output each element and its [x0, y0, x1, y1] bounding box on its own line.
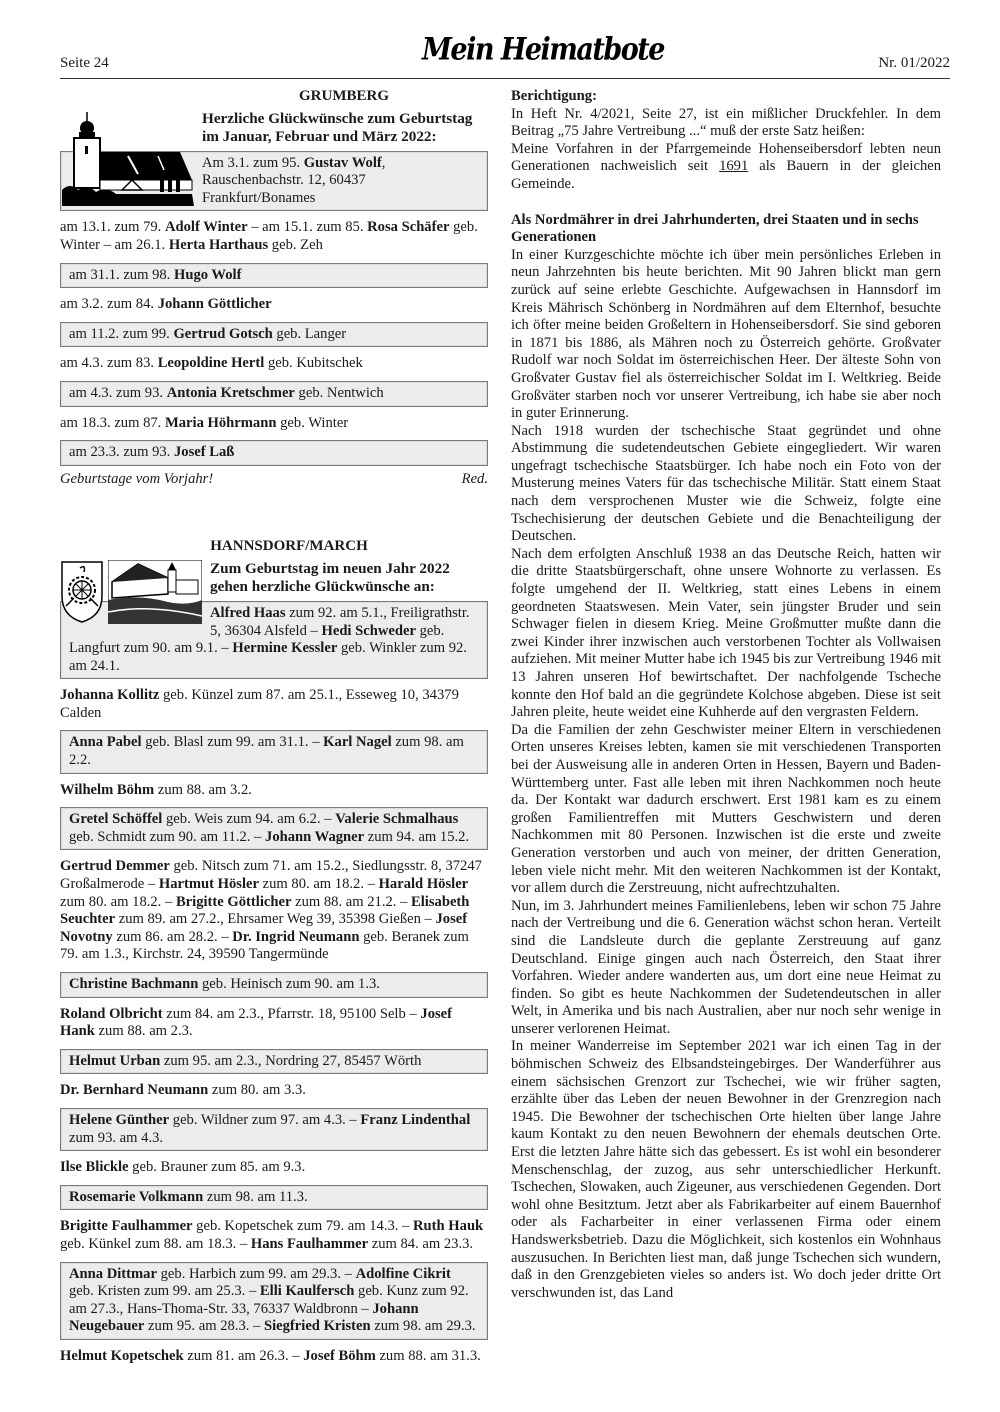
- birthday-entry: am 3.2. zum 84. Johann Göttlicher: [60, 293, 488, 317]
- highlighted-birthday-entry: am 11.2. zum 99. Gertrud Gotsch geb. Lan…: [60, 322, 488, 348]
- person-name: Hans Faulhammer: [251, 1236, 368, 1252]
- entry-text: zum 80. am 18.2. –: [60, 894, 176, 910]
- section-title-grumberg: GRUMBERG: [200, 88, 488, 106]
- coat-of-arms-icon: [60, 560, 104, 628]
- highlighted-birthday-entry: Helene Günther geb. Wildner zum 97. am 4…: [60, 1108, 488, 1151]
- church-illustration-icon: [60, 110, 194, 206]
- hannsdorf-images: [60, 560, 202, 628]
- entry-text: zum 88. am 2.3.: [95, 1023, 193, 1039]
- entry-text: geb. Kubitschek: [264, 355, 363, 371]
- article-paragraph: Nun, im 3. Jahrhundert meines Familienle…: [511, 898, 941, 1039]
- article-title: Als Nordmährer in drei Jahrhunderten, dr…: [511, 212, 941, 247]
- entry-text: geb. Heinisch zum 90. am 1.3.: [198, 976, 380, 992]
- entry-text: geb. Langer: [273, 326, 346, 342]
- entry-text: zum 98. am 11.3.: [203, 1189, 307, 1205]
- entry-text: geb. Winter: [276, 415, 348, 431]
- person-name: Roland Olbricht: [60, 1006, 163, 1022]
- birthday-entry: Roland Olbricht zum 84. am 2.3., Pfarrst…: [60, 1003, 488, 1044]
- person-name: Wilhelm Böhm: [60, 782, 154, 798]
- article-paragraph: Nach dem erfolgten Anschluß 1938 an das …: [511, 546, 941, 722]
- entry-text: geb. Künkel zum 88. am 18.3. –: [60, 1236, 251, 1252]
- entry-text: am 4.3. zum 93.: [69, 385, 167, 401]
- entry-text: am 3.2. zum 84.: [60, 296, 158, 312]
- person-name: Gertrud Gotsch: [173, 326, 272, 342]
- person-name: Gustav Wolf: [304, 155, 382, 171]
- highlighted-birthday-entry: Christine Bachmann geb. Heinisch zum 90.…: [60, 972, 488, 998]
- entry-text: Am 3.1. zum 95.: [202, 155, 304, 171]
- entry-text: zum 94. am 15.2.: [364, 829, 469, 845]
- person-name: Gretel Schöffel: [69, 811, 162, 827]
- entry-text: geb. Schmidt zum 90. am 11.2. –: [69, 829, 265, 845]
- berichtigung-correction: Meine Vorfahren in der Pfarrgemeinde Hoh…: [511, 141, 941, 194]
- highlighted-birthday-entry: Gretel Schöffel geb. Weis zum 94. am 6.2…: [60, 807, 488, 850]
- page-header: Seite 24 Mein Heimatbote Nr. 01/2022: [60, 20, 950, 79]
- entry-text: zum 88. am 31.3.: [376, 1348, 481, 1364]
- person-name: Helmut Kopetschek: [60, 1348, 184, 1364]
- entry-text: geb. Weis zum 94. am 6.2. –: [162, 811, 335, 827]
- entry-text: am 31.1. zum 98.: [69, 267, 174, 283]
- article-paragraph: Da die Familien der zehn Geschwister mei…: [511, 722, 941, 898]
- person-name: Leopoldine Hertl: [158, 355, 265, 371]
- entry-text: zum 93. am 4.3.: [69, 1130, 163, 1146]
- person-name: Maria Höhrmann: [165, 415, 276, 431]
- person-name: Siegfried Kristen: [264, 1318, 371, 1334]
- highlighted-birthday-entry: Helmut Urban zum 95. am 2.3., Nordring 2…: [60, 1049, 488, 1075]
- berichtigung-text: In Heft Nr. 4/2021, Seite 27, ist ein mi…: [511, 106, 941, 141]
- entry-text: geb. Kristen zum 99. am 25.3. –: [69, 1283, 260, 1299]
- article-paragraph: In einer Kurzgeschichte möchte ich über …: [511, 247, 941, 423]
- masthead-logo: Mein Heimatbote: [422, 32, 664, 68]
- person-name: Johann Wagner: [265, 829, 364, 845]
- person-name: Anna Pabel: [69, 734, 142, 750]
- issue-number: Nr. 01/2022: [878, 55, 950, 72]
- entry-text: geb. Brauner zum 85. am 9.3.: [129, 1159, 306, 1175]
- person-name: Johanna Kollitz: [60, 687, 159, 703]
- birthday-entry: am 18.3. zum 87. Maria Höhrmann geb. Win…: [60, 412, 488, 436]
- village-illustration-icon: [108, 560, 202, 628]
- entry-text: zum 95. am 2.3., Nordring 27, 85457 Wört…: [160, 1053, 421, 1069]
- section-title-hannsdorf: HANNSDORF/MARCH: [90, 538, 488, 556]
- entry-text: am 4.3. zum 83.: [60, 355, 158, 371]
- article-paragraph: In meiner Wanderreise im September 2021 …: [511, 1038, 941, 1302]
- left-column: GRUMBERG Herzliche Glückwünsche zum Gebu…: [60, 88, 488, 1369]
- entry-text: am 13.1. zum 79.: [60, 219, 165, 235]
- highlighted-birthday-entry: am 31.1. zum 98. Hugo Wolf: [60, 263, 488, 289]
- highlighted-birthday-entry: Anna Dittmar geb. Harbich zum 99. am 29.…: [60, 1262, 488, 1340]
- person-name: Gertrud Demmer: [60, 858, 170, 874]
- person-name: Christine Bachmann: [69, 976, 198, 992]
- correction-year: 1691: [719, 158, 748, 174]
- highlighted-birthday-entry: Anna Pabel geb. Blasl zum 99. am 31.1. –…: [60, 730, 488, 773]
- entry-text: am 18.3. zum 87.: [60, 415, 165, 431]
- right-column: Berichtigung: In Heft Nr. 4/2021, Seite …: [511, 88, 941, 1302]
- highlighted-birthday-entry: am 23.3. zum 93. Josef Laß: [60, 440, 488, 466]
- section-hannsdorf: HANNSDORF/MARCH: [60, 538, 488, 1368]
- entry-text: zum 80. am 3.3.: [208, 1082, 306, 1098]
- person-name: Johann Göttlicher: [158, 296, 272, 312]
- person-name: Hartmut Hösler: [159, 876, 259, 892]
- entry-text: zum 86. am 28.2. –: [113, 929, 233, 945]
- birthday-entry: am 13.1. zum 79. Adolf Winter – am 15.1.…: [60, 216, 488, 257]
- person-name: Brigitte Faulhammer: [60, 1218, 193, 1234]
- person-name: Rosa Schäfer: [367, 219, 449, 235]
- entry-text: geb. Harbich zum 99. am 29.3. –: [157, 1266, 356, 1282]
- berichtigung-title: Berichtigung:: [511, 88, 941, 106]
- person-name: Franz Lindenthal: [360, 1112, 470, 1128]
- person-name: Valerie Schmalhaus: [335, 811, 458, 827]
- person-name: Alfred Haas: [210, 605, 286, 621]
- person-name: Rosemarie Volkmann: [69, 1189, 203, 1205]
- birthday-entry: Johanna Kollitz geb. Künzel zum 87. am 2…: [60, 684, 488, 725]
- person-name: Josef Laß: [174, 444, 234, 460]
- section-grumberg: GRUMBERG Herzliche Glückwünsche zum Gebu…: [60, 88, 488, 488]
- entry-text: zum 84. am 23.3.: [368, 1236, 473, 1252]
- highlighted-birthday-entry: Rosemarie Volkmann zum 98. am 11.3.: [60, 1185, 488, 1211]
- entry-text: zum 98. am 29.3.: [371, 1318, 476, 1334]
- entry-text: geb. Zeh: [268, 237, 323, 253]
- person-name: Dr. Ingrid Neumann: [232, 929, 359, 945]
- person-name: Karl Nagel: [323, 734, 392, 750]
- person-name: Dr. Bernhard Neumann: [60, 1082, 208, 1098]
- entry-text: am 23.3. zum 93.: [69, 444, 174, 460]
- person-name: Adolfine Cikrit: [356, 1266, 451, 1282]
- birthday-entry: am 4.3. zum 83. Leopoldine Hertl geb. Ku…: [60, 352, 488, 376]
- entry-text: zum 88. am 3.2.: [154, 782, 252, 798]
- person-name: Herta Harthaus: [169, 237, 268, 253]
- person-name: Hermine Kessler: [232, 640, 337, 656]
- signature: Red.: [462, 471, 488, 489]
- entry-text: geb. Wildner zum 97. am 4.3. –: [169, 1112, 360, 1128]
- footnote: Geburtstage vom Vorjahr!: [60, 471, 213, 489]
- person-name: Harald Hösler: [379, 876, 469, 892]
- entry-text: geb. Kopetschek zum 79. am 14.3. –: [193, 1218, 413, 1234]
- grumberg-footer: Geburtstage vom Vorjahr! Red.: [60, 471, 488, 489]
- entry-text: geb. Blasl zum 99. am 31.1. –: [142, 734, 324, 750]
- entry-text: zum 95. am 28.3. –: [144, 1318, 264, 1334]
- person-name: Adolf Winter: [165, 219, 248, 235]
- birthday-entry: Wilhelm Böhm zum 88. am 3.2.: [60, 779, 488, 803]
- person-name: Brigitte Göttlicher: [176, 894, 292, 910]
- person-name: Josef Böhm: [303, 1348, 376, 1364]
- highlighted-birthday-entry: am 4.3. zum 93. Antonia Kretschmer geb. …: [60, 381, 488, 407]
- birthday-entry: Helmut Kopetschek zum 81. am 26.3. – Jos…: [60, 1345, 488, 1369]
- birthday-entry: Gertrud Demmer geb. Nitsch zum 71. am 15…: [60, 855, 488, 967]
- person-name: Ilse Blickle: [60, 1159, 129, 1175]
- page-number: Seite 24: [60, 55, 109, 72]
- section-berichtigung: Berichtigung: In Heft Nr. 4/2021, Seite …: [511, 88, 941, 194]
- person-name: Antonia Kretschmer: [167, 385, 295, 401]
- article-paragraph: Nach 1918 wurden der tschechische Staat …: [511, 423, 941, 546]
- entry-text: geb. Nentwich: [295, 385, 384, 401]
- person-name: Helene Günther: [69, 1112, 169, 1128]
- hannsdorf-entry-list: Alfred Haas zum 92. am 5.1., Freiligrath…: [60, 601, 488, 1369]
- person-name: Anna Dittmar: [69, 1266, 157, 1282]
- entry-text: zum 89. am 27.2., Ehrsamer Weg 39, 35398…: [115, 911, 435, 927]
- person-name: Helmut Urban: [69, 1053, 160, 1069]
- person-name: Elli Kaulfersch: [260, 1283, 354, 1299]
- birthday-entry: Dr. Bernhard Neumann zum 80. am 3.3.: [60, 1079, 488, 1103]
- entry-text: zum 88. am 21.2. –: [291, 894, 411, 910]
- birthday-entry: Brigitte Faulhammer geb. Kopetschek zum …: [60, 1215, 488, 1256]
- entry-text: zum 80. am 18.2. –: [259, 876, 379, 892]
- person-name: Hedi Schweder: [321, 623, 415, 639]
- entry-text: – am 15.1. zum 85.: [248, 219, 368, 235]
- entry-text: zum 81. am 26.3. –: [184, 1348, 304, 1364]
- person-name: Ruth Hauk: [413, 1218, 483, 1234]
- section-article: Als Nordmährer in drei Jahrhunderten, dr…: [511, 212, 941, 1303]
- entry-text: zum 84. am 2.3., Pfarrstr. 18, 95100 Sel…: [163, 1006, 421, 1022]
- birthday-entry: Ilse Blickle geb. Brauner zum 85. am 9.3…: [60, 1156, 488, 1180]
- person-name: Hugo Wolf: [174, 267, 241, 283]
- entry-text: am 11.2. zum 99.: [69, 326, 173, 342]
